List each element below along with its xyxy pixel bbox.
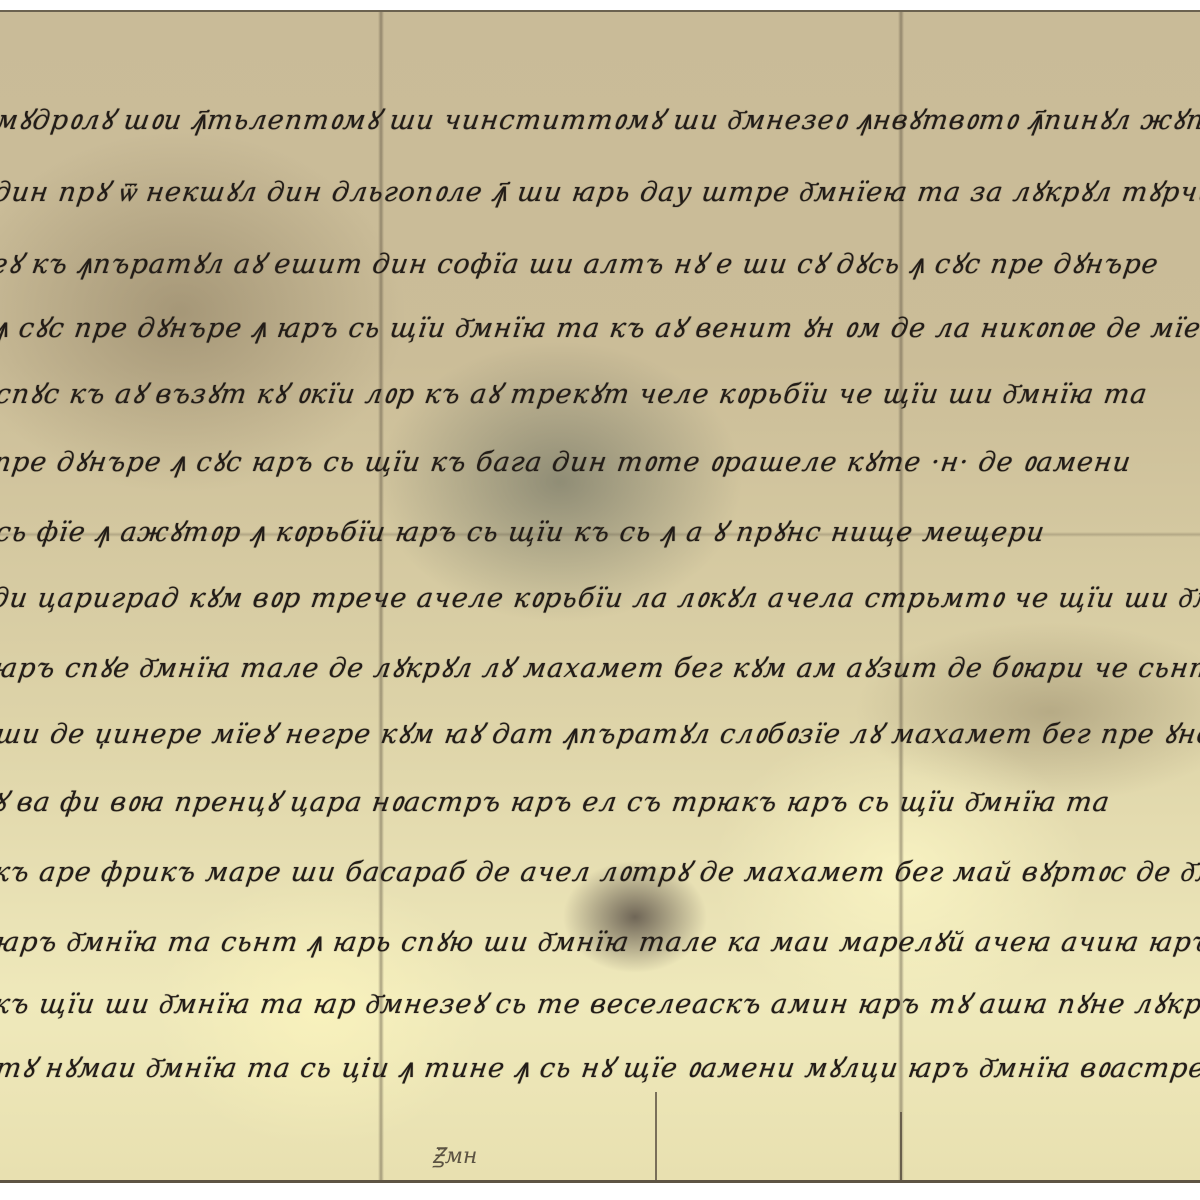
manuscript-line-14: къ щїи ши д҃мнїꙗ та ꙗр д҃мнезеꙋ сь те ве… (0, 984, 1200, 1021)
manuscript-line-12: къ аре фрикъ маре ши басараб де ачел лᲂт… (0, 852, 1200, 889)
manuscript-line-8: ди цариград кꙋм вᲂр трече ачеле кᲂрьбїи … (0, 578, 1200, 615)
paper-crack (655, 1092, 657, 1180)
manuscript-line-2: дин прꙋ ѿ некшꙋл дин дльгопᲂле ꙟ҃ ши ꙗрь… (0, 172, 1200, 209)
manuscript-line-1: мꙋдрᲂлꙋ шᲂи ꙟ҃тьлептᲂмꙋ ши чинститтᲂмꙋ ш… (0, 100, 1200, 137)
manuscript-line-7: сь фїе ꙟ ажꙋтᲂр ꙟ кᲂрьбїи ꙗръ сь щїи къ … (0, 512, 1200, 549)
manuscript-line-11: ꙋ ва фи вᲂꙗ пренцꙋ цара нᲂастръ ꙗръ ел с… (0, 782, 1200, 819)
manuscript-line-4: ꙟ сꙋс пре дꙋнъре ꙟ ꙗръ сь щїи д҃мнїꙗ та … (0, 308, 1200, 345)
manuscript-line-5: спꙋс къ аꙋ възꙋт кꙋ ᲂкїи лᲂр къ аꙋ трекꙋ… (0, 374, 1200, 411)
manuscript-line-13: ꙗръ д҃мнїꙗ та сьнт ꙟ ꙗрь спꙋю ши д҃мнїꙗ … (0, 922, 1200, 959)
manuscript-line-15: тꙋ нꙋмаи д҃мнїꙗ та сь ціи ꙟ тине ꙟ сь нꙋ… (0, 1048, 1200, 1085)
signature-mark: Ꙃ҃мн (432, 1140, 477, 1170)
manuscript-parchment: мꙋдрᲂлꙋ шᲂи ꙟ҃тьлептᲂмꙋ ши чинститтᲂмꙋ ш… (0, 10, 1200, 1183)
manuscript-line-10: ши де џинере мїеꙋ негре кꙋм ꙗꙋ дат ꙟпъра… (0, 714, 1200, 751)
manuscript-line-9: ꙗръ спꙋе д҃мнїꙗ тале де лꙋкрꙋл лꙋ махаме… (0, 648, 1200, 685)
manuscript-line-3: еꙋ къ ꙟпъратꙋл аꙋ ешит дин софїа ши алтъ… (0, 244, 1200, 281)
paper-crack (900, 1112, 902, 1180)
manuscript-line-6: пре дꙋнъре ꙟ сꙋс ꙗръ сь щїи къ бага дин … (0, 442, 1200, 479)
